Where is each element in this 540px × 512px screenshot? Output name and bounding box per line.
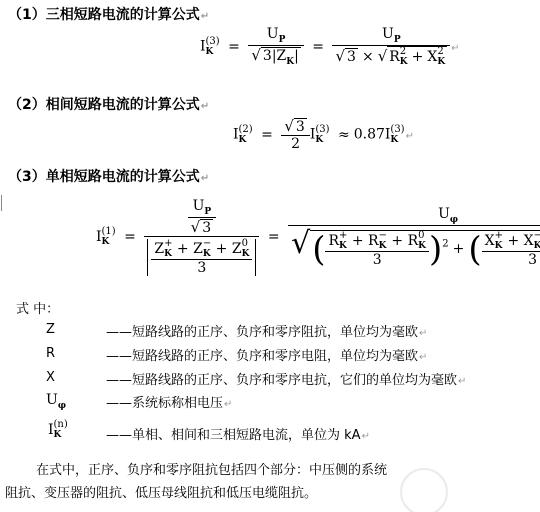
- script: 2K: [400, 47, 408, 67]
- script: −K: [203, 239, 211, 259]
- symbol: R: [389, 49, 400, 65]
- superscript: 2: [437, 47, 445, 57]
- symbol: U: [193, 198, 205, 214]
- return-mark-icon: ↵: [419, 328, 427, 339]
- numerator: √3: [281, 117, 309, 135]
- symbol: U: [438, 206, 450, 222]
- radicand: 3: [200, 219, 213, 236]
- subscript: K: [379, 241, 387, 251]
- sqrt-icon: √: [291, 226, 310, 261]
- return-mark-icon: ↵: [458, 376, 466, 387]
- subscript: K: [400, 57, 408, 67]
- superscript: 0: [418, 231, 426, 241]
- sqrt-icon: √: [284, 117, 294, 135]
- sqrt-icon: √: [378, 47, 388, 65]
- numerator: Uφ: [288, 206, 540, 225]
- right-paren: ): [429, 229, 442, 269]
- symbol: Z: [232, 241, 242, 257]
- subscript: K: [102, 237, 116, 247]
- fraction: UP √3|ZK|: [248, 26, 303, 67]
- superscript: (n): [54, 420, 68, 430]
- subscript: K: [239, 135, 253, 145]
- script: +K: [164, 239, 172, 259]
- radicand: 3: [294, 118, 307, 135]
- legend-desc-x: ——短路线路的正序、负序和零序电抗，它们的单位均为毫欧↵: [106, 369, 466, 388]
- numerator: UP: [248, 26, 303, 45]
- equals-sign: =: [308, 39, 328, 55]
- desc-text: ——短路线路的正序、负序和零序阻抗，单位均为毫欧: [106, 325, 418, 340]
- return-mark-icon: ↵: [451, 43, 459, 54]
- times-sign: ×: [358, 49, 378, 65]
- return-mark-icon: ↵: [224, 399, 232, 410]
- denominator: 2: [281, 135, 309, 152]
- subscript: K: [206, 47, 220, 57]
- desc-text: ——单相、相间和三相短路电流，单位为 kA: [106, 428, 361, 443]
- fraction: √3 2: [281, 117, 309, 152]
- denominator: √3: [188, 217, 216, 236]
- subscript: φ: [58, 401, 66, 411]
- numerator: X+K + X−K + X0K: [482, 231, 540, 251]
- denominator: √3×√R2K+X2K: [332, 45, 450, 67]
- denominator: 3: [151, 259, 252, 276]
- legend-intro: 式 中：: [16, 298, 59, 317]
- sqrt-icon: √: [335, 47, 345, 65]
- heading-text: （2）相间短路电流的计算公式: [8, 97, 200, 113]
- subscript: K: [495, 241, 503, 251]
- superscript: 2: [400, 47, 408, 57]
- symbol: U: [382, 26, 394, 42]
- subscript: P: [204, 207, 211, 217]
- inner-fraction: Z+K + Z−K + Z0K 3: [151, 239, 252, 276]
- script: +K: [339, 231, 347, 251]
- fraction: UP √3 Z+K + Z−K + Z0K 3: [144, 198, 259, 276]
- subscript: K: [534, 241, 540, 251]
- superscript: +: [164, 239, 172, 249]
- subscript: K: [339, 241, 347, 251]
- fraction: Uφ √(R+K + R−K + R0K3)2+(X+K + X−K + X0K…: [288, 206, 540, 268]
- superscript: +: [339, 231, 347, 241]
- desc-text: ——短路线路的正序、负序和零序电抗，它们的单位均为毫欧: [106, 373, 457, 388]
- subscript: K: [418, 241, 426, 251]
- sqrt-icon: √: [251, 46, 261, 64]
- legend-symbol-x: X: [46, 370, 55, 385]
- subscript: K: [242, 249, 250, 259]
- radicand: 3: [345, 48, 358, 65]
- superscript: −: [534, 231, 540, 241]
- superscript: (2): [239, 125, 253, 135]
- script: 2K: [437, 47, 445, 67]
- subscript: φ: [450, 215, 458, 225]
- denominator: 3: [325, 251, 429, 268]
- text-cursor: [1, 195, 2, 211]
- script: 0K: [418, 231, 426, 251]
- section-heading-3: （3）单相短路电流的计算公式↵: [8, 166, 209, 186]
- radicand: R2K+X2K: [387, 46, 447, 67]
- watermark-logo-icon: [400, 468, 448, 512]
- script: (n)K: [54, 420, 68, 440]
- subscript: K: [390, 135, 404, 145]
- return-mark-icon: ↵: [362, 431, 370, 442]
- superscript: −: [203, 239, 211, 249]
- return-mark-icon: ↵: [201, 11, 209, 22]
- superscript: (3): [390, 125, 404, 135]
- denominator: Z+K + Z−K + Z0K 3: [144, 236, 259, 276]
- plus-sign: +: [449, 241, 469, 257]
- formula-single-phase: I(1)K = UP √3 Z+K + Z−K + Z0K 3 = Uφ √(R…: [96, 198, 540, 276]
- numerator: R+K + R−K + R0K: [325, 231, 429, 251]
- paragraph-line-1: 在式中，正序、负序和零序阻抗包括四个部分：中压侧的系统: [36, 459, 387, 478]
- heading-text: （3）单相短路电流的计算公式: [8, 169, 200, 185]
- exponent: 2: [442, 238, 448, 249]
- superscript: +: [495, 231, 503, 241]
- section-heading-2: （2）相间短路电流的计算公式↵: [8, 94, 209, 114]
- script: (3)K: [390, 125, 404, 145]
- return-mark-icon: ↵: [419, 352, 427, 363]
- value: 3: [263, 48, 272, 64]
- equals-sign: =: [224, 39, 244, 55]
- left-paren: (: [468, 229, 481, 269]
- symbol: Z: [277, 48, 287, 64]
- return-mark-icon: ↵: [201, 173, 209, 184]
- script: −K: [534, 231, 540, 251]
- approx-sign: ≈: [334, 127, 354, 143]
- heading-text: （1）三相短路电流的计算公式: [8, 7, 200, 23]
- formula-two-phase: I(2)K = √3 2 I(3)K ≈0.87I(3)K↵: [233, 117, 414, 152]
- return-mark-icon: ↵: [201, 101, 209, 112]
- inner-fraction: R+K + R−K + R0K3: [325, 231, 429, 268]
- legend-symbol-z: Z: [46, 322, 55, 337]
- sqrt-icon: √: [191, 218, 201, 236]
- denominator: √(R+K + R−K + R0K3)2+(X+K + X−K + X0K3)2: [288, 225, 540, 268]
- numerator: UP: [332, 26, 450, 45]
- superscript: −: [379, 231, 387, 241]
- symbol: R: [368, 233, 379, 249]
- legend-desc-ik-n: ——单相、相间和三相短路电流，单位为 kA↵: [106, 424, 370, 443]
- radicand: (R+K + R−K + R0K3)2+(X+K + X−K + X0K3)2: [310, 230, 540, 268]
- script: 0K: [242, 239, 250, 259]
- return-mark-icon: ↵: [406, 131, 414, 142]
- desc-text: ——短路线路的正序、负序和零序电阻，单位均为毫欧: [106, 349, 418, 364]
- subscript: K: [54, 430, 68, 440]
- superscript: (3): [206, 37, 220, 47]
- script: +K: [495, 231, 503, 251]
- legend-desc-r: ——短路线路的正序、负序和零序电阻，单位均为毫欧↵: [106, 345, 427, 364]
- inner-fraction: X+K + X−K + X0K3: [482, 231, 540, 268]
- symbol: R: [328, 233, 339, 249]
- radicand: 3|ZK|: [261, 47, 301, 67]
- coefficient: 0.87: [354, 127, 385, 143]
- denominator: 3: [482, 251, 540, 268]
- equals-sign: =: [120, 229, 140, 245]
- formula-three-phase: I(3)K = UP √3|ZK| = UP √3×√R2K+X2K ↵: [200, 26, 460, 67]
- subscript: K: [315, 135, 329, 145]
- desc-text: ——系统标称相电压: [106, 396, 223, 411]
- plus-sign: +: [408, 49, 428, 65]
- symbol: Z: [154, 241, 164, 257]
- subscript: K: [164, 249, 172, 259]
- symbol: U: [267, 26, 279, 42]
- legend-desc-u-phi: ——系统标称相电压↵: [106, 392, 232, 411]
- section-heading-1: （1）三相短路电流的计算公式↵: [8, 4, 209, 24]
- superscript: (1): [102, 227, 116, 237]
- subscript: K: [437, 57, 445, 67]
- subscript: K: [286, 57, 294, 67]
- script: (2)K: [239, 125, 253, 145]
- symbol: X: [485, 233, 495, 249]
- symbol: U: [46, 392, 58, 408]
- legend-symbol-r: R: [46, 346, 55, 361]
- equals-sign: =: [264, 229, 284, 245]
- superscript: (3): [315, 125, 329, 135]
- absolute-value: Z+K + Z−K + Z0K 3: [147, 239, 256, 276]
- subscript: P: [394, 35, 401, 45]
- fraction: UP √3×√R2K+X2K: [332, 26, 450, 67]
- inner-fraction: UP √3: [188, 198, 216, 236]
- script: −K: [379, 231, 387, 251]
- script: (3)K: [315, 125, 329, 145]
- paragraph-line-2: 阻抗、变压器的阻抗、低压母线阻抗和低压电缆阻抗。: [5, 482, 317, 501]
- numerator: UP √3: [144, 198, 259, 236]
- denominator: √3|ZK|: [248, 45, 303, 67]
- subscript: K: [203, 249, 211, 259]
- symbol: X: [524, 233, 534, 249]
- legend-symbol-ik-n: I(n)K: [48, 420, 68, 440]
- superscript: 0: [242, 239, 250, 249]
- numerator: Z+K + Z−K + Z0K: [151, 239, 252, 259]
- numerator: UP: [188, 198, 216, 217]
- legend-desc-z: ——短路线路的正序、负序和零序阻抗，单位均为毫欧↵: [106, 321, 427, 340]
- equals-sign: =: [257, 127, 277, 143]
- subscript: P: [279, 35, 286, 45]
- left-paren: (: [312, 229, 325, 269]
- symbol: R: [408, 233, 419, 249]
- script: (3)K: [206, 37, 220, 57]
- symbol: Z: [193, 241, 203, 257]
- legend-symbol-u-phi: Uφ: [46, 392, 66, 411]
- script: (1)K: [102, 227, 116, 247]
- symbol: X: [427, 49, 437, 65]
